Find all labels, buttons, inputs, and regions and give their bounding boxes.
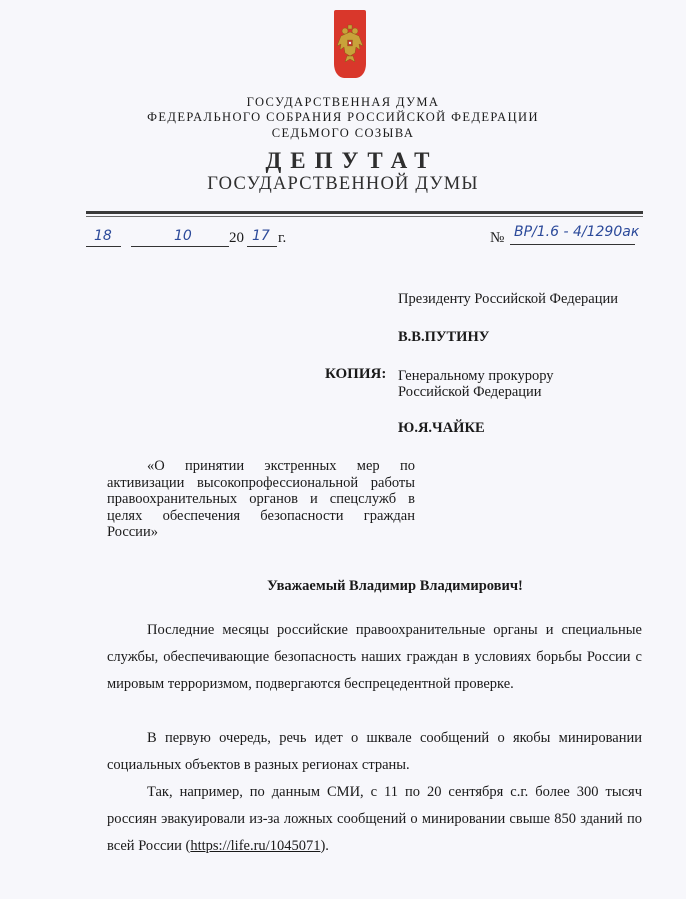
letterhead-line-2: ФЕДЕРАЛЬНОГО СОБРАНИЯ РОССИЙСКОЙ ФЕДЕРАЦ… (0, 110, 686, 125)
header-divider-thin (86, 216, 643, 217)
year-prefix: 20 (229, 230, 244, 247)
recipient-name: В.В.ПУТИНУ (398, 329, 489, 346)
number-label: № (490, 230, 504, 247)
letterhead-line-1: ГОСУДАРСТВЕННАЯ ДУМА (0, 95, 686, 110)
source-link[interactable]: https://life.ru/1045071 (190, 838, 320, 854)
coat-of-arms-icon (334, 10, 366, 78)
paragraph-text: В первую очередь, речь идет о шквале соо… (107, 725, 642, 779)
letterhead-subtitle: ГОСУДАРСТВЕННОЙ ДУМЫ (0, 174, 686, 195)
header-divider-thick (86, 211, 643, 214)
month-value: 10 (174, 228, 192, 244)
body-paragraph-3: Так, например, по данным СМИ, с 11 по 20… (107, 779, 642, 860)
year-value: 17 (252, 228, 270, 244)
copy-name: Ю.Я.ЧАЙКЕ (398, 420, 485, 437)
number-value: ВР/1.6 - 4/1290ак (514, 224, 639, 240)
subject-text: «О принятии экстренных мер по активизаци… (107, 458, 415, 541)
letterhead-line-3: СЕДЬМОГО СОЗЫВА (0, 126, 686, 141)
recipient-line: Президенту Российской Федерации (398, 289, 618, 309)
double-headed-eagle-icon (335, 22, 365, 66)
document-number: № ВР/1.6 - 4/1290ак (490, 224, 650, 248)
letter-subject: «О принятии экстренных мер по активизаци… (107, 458, 415, 541)
date-field: 18 10 20 17 г. (86, 228, 306, 250)
letterhead-title: ДЕПУТАТ (9, 148, 686, 174)
paragraph-text-start: Так, например, по данным СМИ, с 11 по 20… (107, 784, 642, 854)
day-value: 18 (94, 228, 112, 244)
greeting: Уважаемый Владимир Владимирович! (0, 578, 686, 595)
body-paragraph-1: Последние месяцы российские правоохранит… (107, 617, 642, 698)
paragraph-text: Последние месяцы российские правоохранит… (107, 617, 642, 698)
year-unit: г. (278, 230, 286, 247)
body-paragraph-2: В первую очередь, речь идет о шквале соо… (107, 725, 642, 779)
copy-line-2: Российской Федерации (398, 382, 542, 402)
copy-label: КОПИЯ: (325, 366, 386, 383)
paragraph-text-end: ). (320, 838, 328, 854)
paragraph-text: Так, например, по данным СМИ, с 11 по 20… (107, 779, 642, 860)
